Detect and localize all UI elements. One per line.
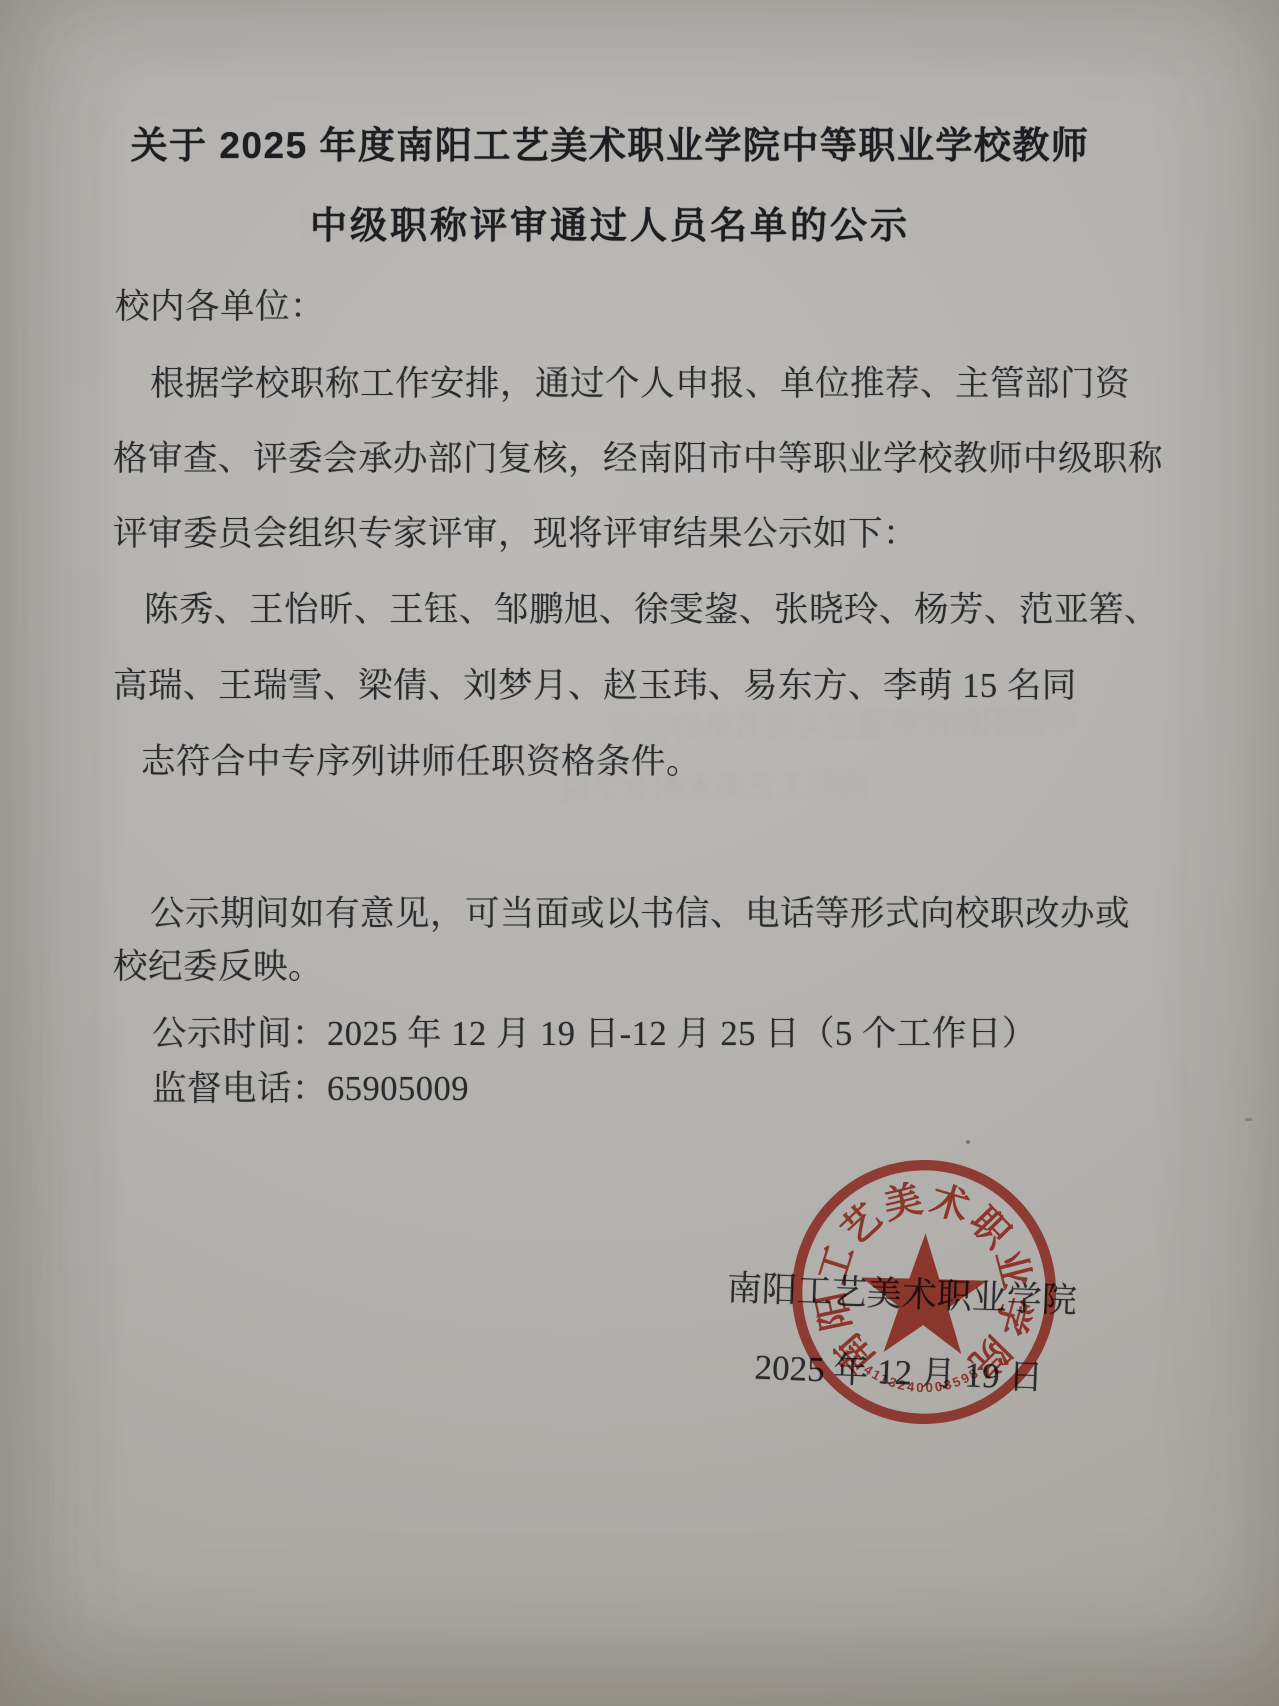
svg-text:美: 美	[880, 1178, 927, 1228]
svg-text:术: 术	[926, 1179, 974, 1230]
publicity-period: 公示时间：2025 年 12 月 19 日-12 月 25 日（5 个工作日）	[152, 1016, 1037, 1054]
official-seal: 南阳工艺美术职业学院 4113240003598	[774, 1146, 1073, 1438]
seal-star	[859, 1232, 988, 1355]
svg-text:艺: 艺	[834, 1197, 890, 1254]
svg-text:工: 工	[811, 1240, 863, 1289]
photographed-document-page: { "page": { "width": 1279, "height": 170…	[0, 0, 1279, 1706]
seal-serial-number: 4113240003598	[861, 1361, 983, 1396]
feedback-line: 校纪委反映。	[113, 949, 323, 987]
svg-text:职: 职	[961, 1200, 1018, 1257]
feedback-line: 公示期间如有意见，可当面或以书信、电话等形式向校职改办或	[150, 896, 1130, 934]
notice-title-line-2: 中级职称评审通过人员名单的公示	[90, 206, 1130, 247]
body-line: 格审查、评委会承办部门复核，经南阳市中等职业学校教师中级职称	[113, 441, 1163, 479]
svg-text:业: 业	[987, 1245, 1037, 1292]
name-list-line: 高瑞、王瑞雪、梁倩、刘梦月、赵玉玮、易东方、李萌 15 名同	[113, 668, 1077, 706]
salutation: 校内各单位：	[115, 289, 325, 327]
ink-speck	[966, 1140, 970, 1144]
name-list-line: 陈秀、王怡昕、王钰、邹鹏旭、徐雯鋆、张晓玲、杨芳、范亚箬、	[144, 592, 1159, 630]
notice-title-line-1: 关于 2025 年度南阳工艺美术职业学院中等职业学校教师	[90, 126, 1130, 167]
body-line: 评审委员会组织专家评审，现将评审结果公示如下：	[113, 516, 918, 554]
ink-speck	[1245, 1118, 1252, 1121]
supervision-phone: 监督电话：65905009	[152, 1071, 469, 1109]
photo-vignette	[0, 0, 1279, 1706]
name-list-line: 志符合中专序列讲师任职资格条件。	[141, 744, 701, 782]
svg-text:阳: 阳	[810, 1288, 859, 1334]
body-line: 根据学校职称工作安排，通过个人申报、单位推荐、主管部门资	[150, 366, 1130, 404]
svg-text:学: 学	[987, 1292, 1037, 1340]
